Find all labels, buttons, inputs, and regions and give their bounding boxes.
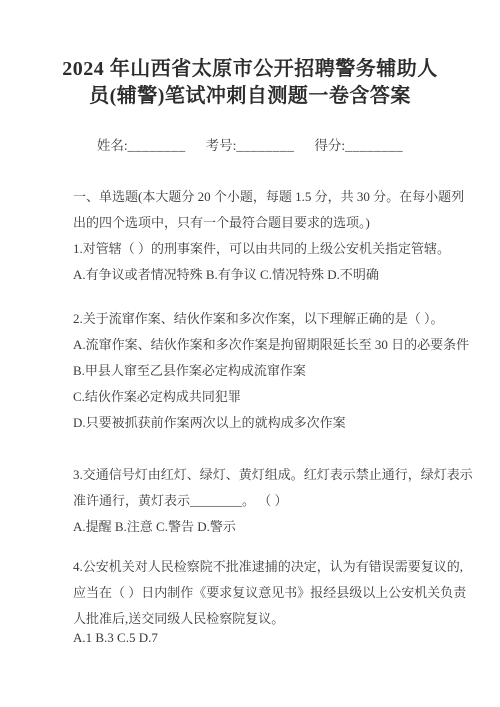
question-block: 4.公安机关对人民检察院不批准逮捕的决定，认为有错误需要复议的,应当在（ ）日内…: [73, 554, 490, 651]
question-text-line: 3.交通信号灯由红灯、绿灯、黄灯组成。红灯表示禁止通行，绿灯表示: [73, 462, 490, 488]
score-blank: ________: [345, 138, 403, 153]
exam-number-label: 考号:: [206, 138, 237, 153]
document-body: 一、单选题(本大题分 20 个小题，每题 1.5 分，共 30 分。在每小题列 …: [73, 184, 490, 651]
name-label: 姓名:: [97, 138, 128, 153]
section-heading-line-1: 一、单选题(本大题分 20 个小题，每题 1.5 分，共 30 分。在每小题列: [73, 184, 490, 210]
score-label: 得分:: [314, 138, 345, 153]
question-block: 2.关于流窜作案、结伙作案和多次作案，以下理解正确的是（ ）。A.流窜作案、结伙…: [73, 306, 490, 436]
questions: 1.对管辖（ ）的刑事案件，可以由共同的上级公安机关指定管辖。A.有争议或者情况…: [73, 236, 490, 651]
question-text-line: 4.公安机关对人民检察院不批准逮捕的决定，认为有错误需要复议的,: [73, 554, 490, 580]
question-text-line: 应当在（ ）日内制作《要求复议意见书》报经县级以上公安机关负责: [73, 580, 490, 606]
answer-options-line: D.只要被抓获前作案两次以上的就构成多次作案: [73, 410, 490, 436]
answer-options-line: A.流窜作案、结伙作案和多次作案是拘留期限延长至 30 日的必要条件: [73, 332, 490, 358]
exam-paper-page: 2024 年山西省太原市公开招聘警务辅助人 员(辅警)笔试冲刺自测题一卷含答案 …: [0, 0, 500, 707]
question-text-line: 2.关于流窜作案、结伙作案和多次作案，以下理解正确的是（ ）。: [73, 306, 490, 332]
document-title-line-2: 员(辅警)笔试冲刺自测题一卷含答案: [0, 83, 500, 110]
name-field: 姓名:________: [97, 134, 186, 154]
answer-options-line: A.提醒 B.注意 C.警告 D.警示: [73, 514, 490, 540]
answer-options-line: A.有争议或者情况特殊 B.有争议 C.情况特殊 D.不明确: [73, 262, 490, 288]
question-text-line: 1.对管辖（ ）的刑事案件，可以由共同的上级公安机关指定管辖。: [73, 236, 490, 262]
exam-number-blank: ________: [236, 138, 294, 153]
document-title: 2024 年山西省太原市公开招聘警务辅助人 员(辅警)笔试冲刺自测题一卷含答案: [0, 0, 500, 110]
section-heading-line-2: 出的四个选项中，只有一个最符合题目要求的选项。): [73, 210, 490, 236]
answer-options-line: C.结伙作案必定构成共同犯罪: [73, 384, 490, 410]
exam-number-field: 考号:________: [206, 134, 295, 154]
question-block: 1.对管辖（ ）的刑事案件，可以由共同的上级公安机关指定管辖。A.有争议或者情况…: [73, 236, 490, 288]
answer-options-line: B.甲县人窜至乙县作案必定构成流窜作案: [73, 358, 490, 384]
question-block: 3.交通信号灯由红灯、绿灯、黄灯组成。红灯表示禁止通行，绿灯表示准许通行，黄灯表…: [73, 462, 490, 540]
question-text-line: 准许通行，黄灯表示________。 （ ）: [73, 488, 490, 514]
score-field: 得分:________: [314, 134, 403, 154]
candidate-meta-row: 姓名:________ 考号:________ 得分:________: [0, 134, 500, 154]
section-heading: 一、单选题(本大题分 20 个小题，每题 1.5 分，共 30 分。在每小题列 …: [73, 184, 490, 236]
name-blank: ________: [128, 138, 186, 153]
document-title-line-1: 2024 年山西省太原市公开招聘警务辅助人: [0, 56, 500, 83]
